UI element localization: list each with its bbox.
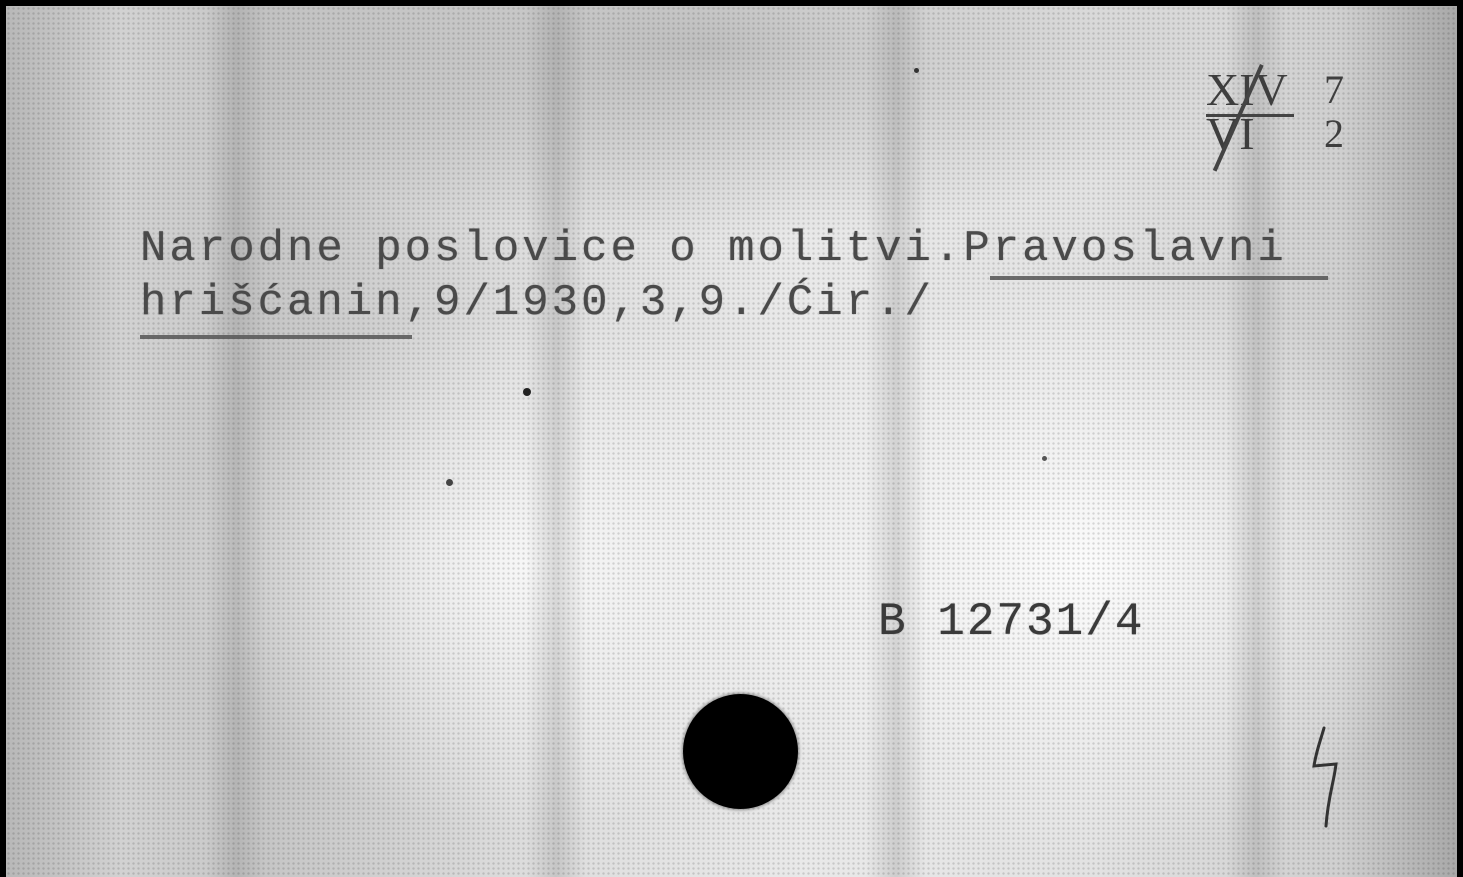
- ink-dot: [446, 479, 453, 486]
- call-number-top-suffix: 7: [1324, 68, 1344, 112]
- call-number-divider: [1206, 114, 1294, 117]
- handwritten-mark-icon: [1306, 722, 1356, 832]
- source-underline: [140, 335, 412, 339]
- accession-number: B 12731/4: [878, 596, 1144, 648]
- ink-dot: [1042, 456, 1047, 461]
- call-number: XIV VI: [1206, 68, 1288, 156]
- call-number-bottom-suffix: 2: [1324, 112, 1344, 156]
- call-number-suffixes: 7 2: [1324, 68, 1344, 156]
- entry-line-1: Narodne poslovice o molitvi.Pravoslavni: [140, 224, 1287, 274]
- ink-dot: [523, 388, 531, 396]
- source-underline: [990, 276, 1328, 280]
- entry-line-2: hrišćanin,9/1930,3,9./Ćir./: [140, 278, 934, 328]
- punch-hole-icon: [683, 694, 798, 809]
- catalog-card: XIV VI 7 2 Narodne poslovice o molitvi.P…: [6, 6, 1457, 877]
- ink-dot: [914, 68, 919, 73]
